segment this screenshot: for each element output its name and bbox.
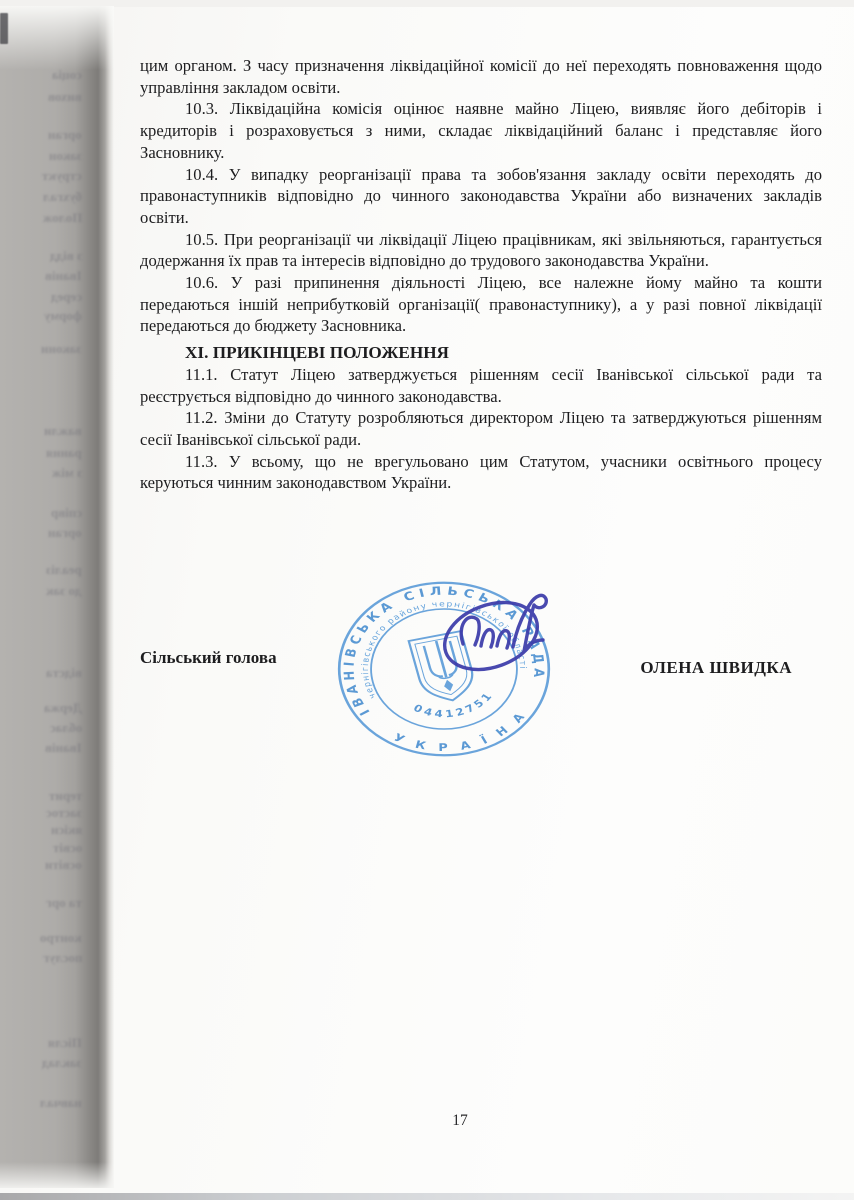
- bleed-through-fragment: Іванів: [45, 269, 82, 282]
- signatory-title: Сільський голова: [140, 648, 277, 678]
- bleed-through-fragment: форму: [44, 309, 82, 322]
- bleed-through-fragment: Іванів: [45, 741, 82, 754]
- section-heading: ХІ. ПРИКІНЦЕВІ ПОЛОЖЕННЯ: [140, 342, 822, 364]
- bleed-through-fragment: соціа: [52, 68, 82, 81]
- paragraph-10-6: 10.6. У разі припинення діяльності Ліцею…: [140, 272, 822, 337]
- bleed-through-fragment: освіти: [45, 858, 82, 871]
- bleed-through-fragment: застос: [46, 806, 82, 819]
- bleed-through-fragment: структ: [42, 169, 82, 182]
- bleed-through-fragment: та орг: [46, 896, 82, 909]
- scan-corner-mark: [0, 13, 8, 44]
- bleed-through-fragment: заклад: [42, 1056, 82, 1069]
- bleed-through-fragment: важли: [44, 424, 82, 437]
- bleed-through-fragment: терит: [49, 789, 82, 802]
- bleed-through-fragment: Після: [48, 1036, 82, 1049]
- bleed-through-fragment: до зак: [46, 584, 82, 597]
- scan-top-edge: [0, 0, 854, 7]
- svg-text:04412751: 04412751: [409, 687, 501, 727]
- bleed-through-fragment: навчал: [40, 1096, 82, 1109]
- bleed-through-fragment: Держа: [44, 701, 82, 714]
- paragraph-11-1: 11.1. Статут Ліцею затверджується рішенн…: [140, 364, 822, 407]
- bleed-through-fragment: з відд: [50, 249, 82, 262]
- paragraph-11-2: 11.2. Зміни до Статуту розробляються дир…: [140, 407, 822, 450]
- bleed-through-fragment: облас: [50, 721, 82, 734]
- previous-page-edge: соціа вихов орган закон структ бухгал По…: [0, 6, 114, 1188]
- bleed-through-fragment: з між: [52, 466, 82, 479]
- paragraph-10-5: 10.5. При реорганізації чи ліквідації Лі…: [140, 229, 822, 272]
- bleed-through-fragment: відста: [46, 666, 82, 679]
- paragraph-11-3: 11.3. У всьому, що не врегульовано цим С…: [140, 451, 822, 494]
- bleed-through-fragment: законн: [41, 342, 82, 355]
- paragraph-10-4: 10.4. У випадку реорганізації права та з…: [140, 164, 822, 229]
- bleed-through-fragment: рання: [46, 446, 82, 459]
- bleed-through-fragment: реаліз: [46, 563, 82, 576]
- bleed-through-fragment: освіт: [53, 841, 82, 854]
- bleed-through-fragment: бухгал: [43, 190, 82, 203]
- paragraph-10-3: 10.3. Ліквідаційна комісія оцінює наявне…: [140, 98, 822, 163]
- paragraph: цим органом. З часу призначення ліквідац…: [140, 55, 822, 98]
- stamp-edrpou-code: 04412751: [409, 687, 501, 727]
- bleed-through-fragment: послуг: [43, 951, 82, 964]
- scan-bottom-edge: [0, 1193, 854, 1200]
- bleed-through-fragment: орган: [48, 526, 82, 539]
- bleed-through-fragment: вихов: [48, 90, 82, 103]
- signatory-name: ОЛЕНА ШВИДКА: [640, 658, 792, 678]
- page-number: 17: [436, 1112, 484, 1130]
- bleed-through-fragment: співр: [51, 506, 82, 519]
- bleed-through-fragment: контро: [40, 931, 82, 944]
- handwritten-signature: [433, 584, 569, 690]
- bleed-through-fragment: орган: [48, 128, 82, 141]
- bleed-through-fragment: серед: [51, 290, 82, 303]
- scanned-document-page: соціа вихов орган закон структ бухгал По…: [0, 0, 854, 1200]
- bleed-through-fragment: закон: [49, 149, 82, 162]
- bleed-through-fragment: якісн: [51, 823, 82, 836]
- document-body: цим органом. З часу призначення ліквідац…: [140, 55, 822, 494]
- bleed-through-fragment: Полож: [43, 211, 82, 224]
